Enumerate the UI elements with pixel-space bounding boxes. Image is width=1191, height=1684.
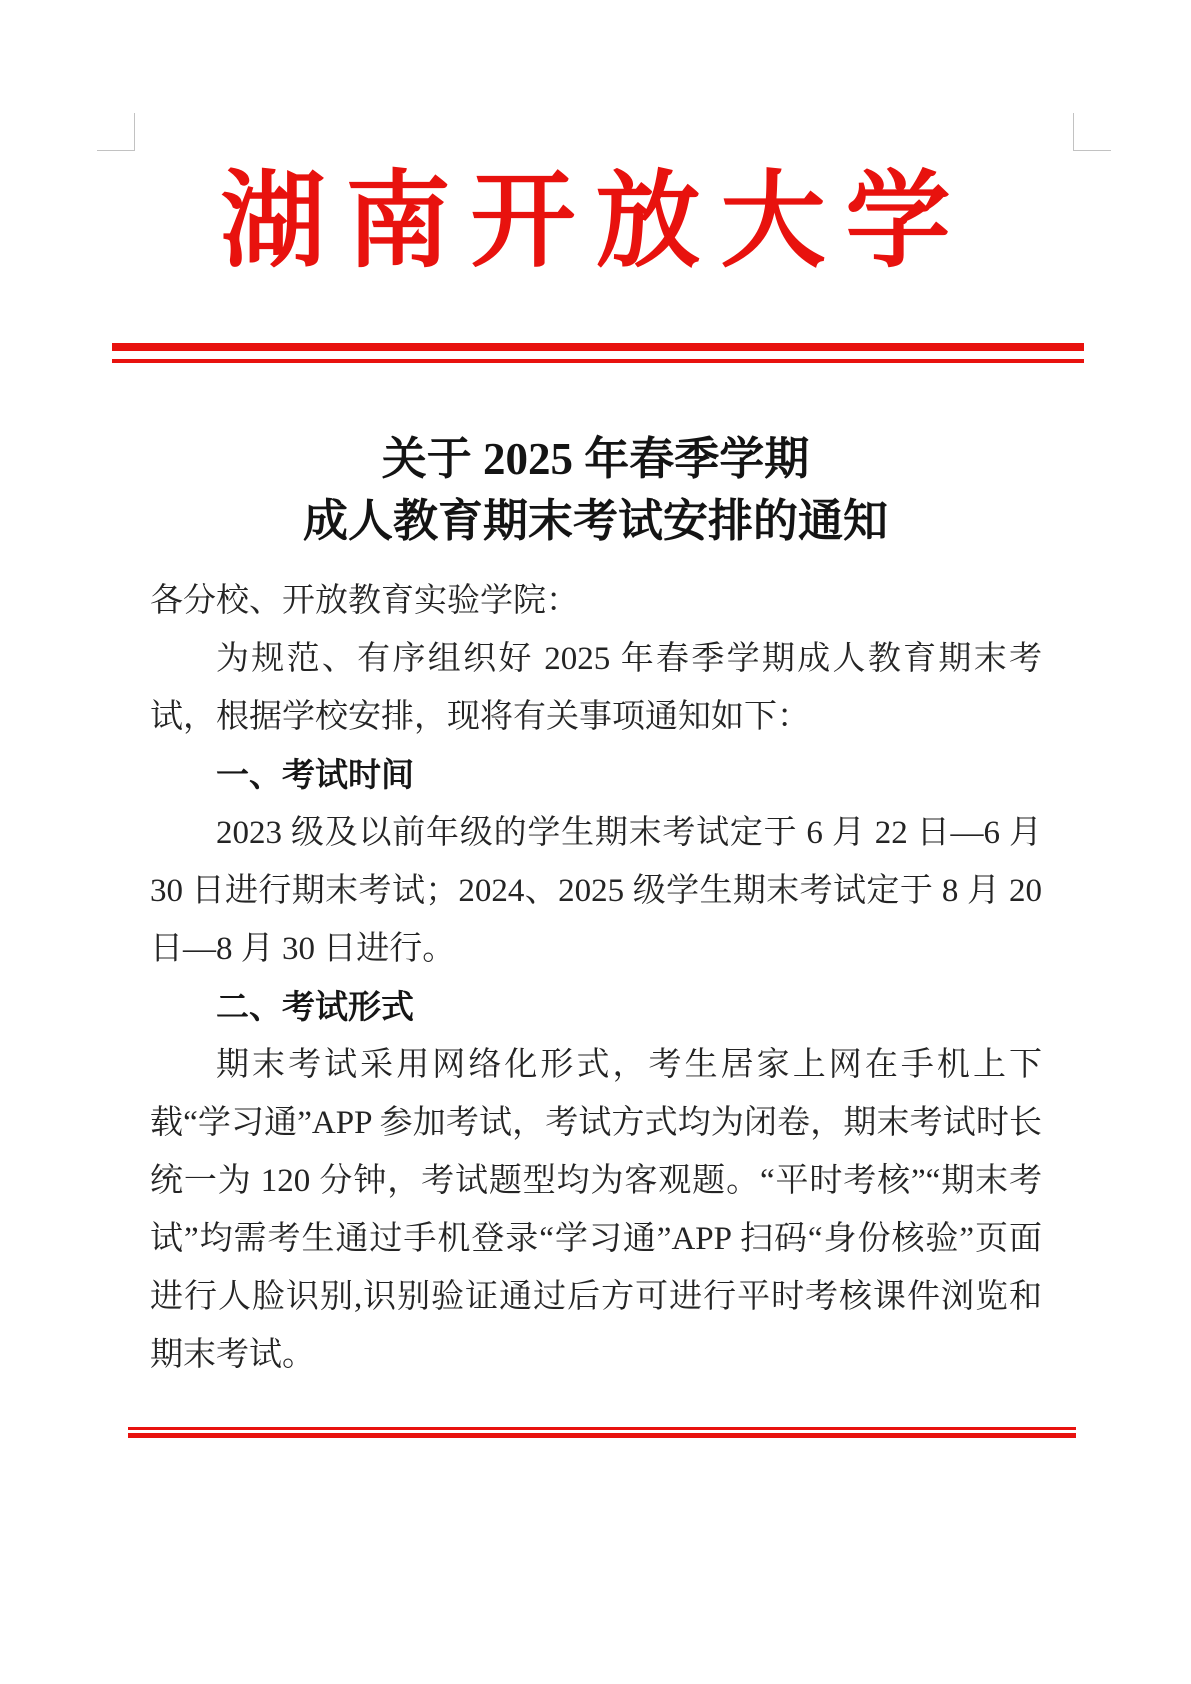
section-1-heading: 一、考试时间 — [150, 746, 1042, 804]
notice-title-line-2: 成人教育期末考试安排的通知 — [0, 490, 1191, 552]
section-1-paragraph: 2023 级及以前年级的学生期末考试定于 6 月 22 日—6 月 30 日进行… — [150, 804, 1042, 978]
rule-gap — [112, 351, 1084, 359]
section-2-heading: 二、考试形式 — [150, 978, 1042, 1036]
rule-thin-line — [112, 359, 1084, 363]
letterhead-double-rule — [112, 343, 1084, 363]
intro-paragraph: 为规范、有序组织好 2025 年春季学期成人教育期末考试，根据学校安排，现将有关… — [150, 630, 1042, 746]
rule-thick-line — [128, 1433, 1076, 1438]
section-2-paragraph: 期末考试采用网络化形式，考生居家上网在手机上下载“学习通”APP 参加考试，考试… — [150, 1036, 1042, 1384]
crop-mark-top-right — [1073, 113, 1111, 151]
crop-mark-top-left — [97, 113, 135, 151]
notice-document-page: 湖南开放大学 关于 2025 年春季学期 成人教育期末考试安排的通知 各分校、开… — [0, 0, 1191, 1684]
rule-thick-line — [112, 343, 1084, 351]
footer-double-rule — [128, 1427, 1076, 1438]
notice-body: 各分校、开放教育实验学院： 为规范、有序组织好 2025 年春季学期成人教育期末… — [150, 572, 1042, 1384]
salutation-line: 各分校、开放教育实验学院： — [150, 572, 1042, 630]
notice-title-line-1: 关于 2025 年春季学期 — [0, 428, 1191, 490]
notice-title: 关于 2025 年春季学期 成人教育期末考试安排的通知 — [0, 428, 1191, 552]
university-letterhead: 湖南开放大学 — [0, 152, 1191, 292]
